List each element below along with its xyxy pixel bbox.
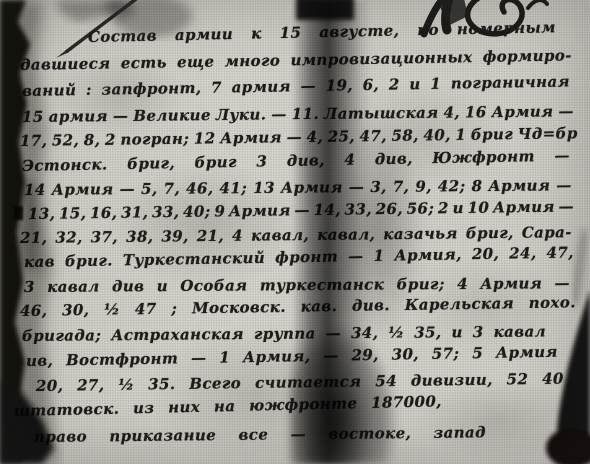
handwritten-line: правоприказаниевсе—востоке,запад (34, 423, 486, 448)
manuscript-photo: Составармиик15августе,пономерным давшиес… (0, 0, 590, 464)
gutter-shadow-bulge (330, 115, 425, 345)
